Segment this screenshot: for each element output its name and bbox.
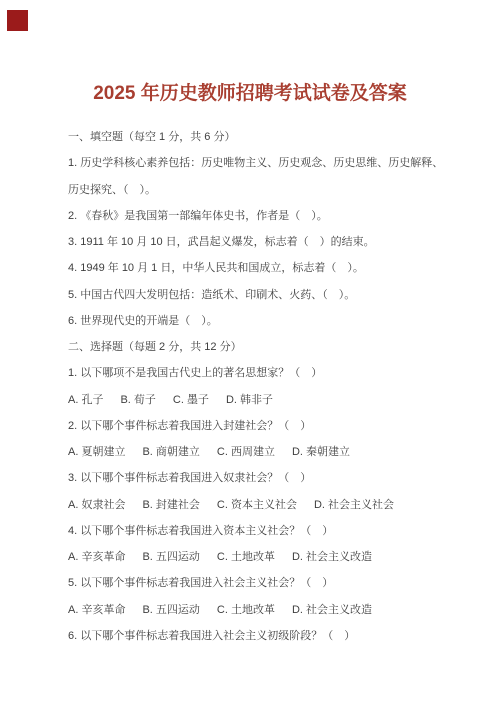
fill-blank-line: 1. 历史学科核心素养包括：历史唯物主义、历史观念、历史思维、历史解释、 [68,150,500,176]
question-line: 5. 以下哪个事件标志着我国进入社会主义社会？（ ） [68,570,500,596]
fill-blank-line: 5. 中国古代四大发明包括：造纸术、印刷术、火药、（ ）。 [68,282,500,308]
red-corner-mark [7,10,28,31]
option-label: A. 辛亥革命 [68,544,125,570]
option-label: B. 五四运动 [142,544,199,570]
option-label: D. 韩非子 [226,387,273,413]
document-title: 2025 年历史教师招聘考试试卷及答案 [0,0,500,106]
option-label: D. 秦朝建立 [292,439,350,465]
section1-heading: 一、填空题（每空 1 分，共 6 分） [68,124,500,150]
option-label: D. 社会主义社会 [314,492,394,518]
option-label: D. 社会主义改造 [292,597,372,623]
question-line: 2. 以下哪个事件标志着我国进入封建社会？（ ） [68,413,500,439]
fill-blank-line: 3. 1911 年 10 月 10 日，武昌起义爆发，标志着（ ）的结束。 [68,229,500,255]
options-row: A. 辛亥革命 B. 五四运动 C. 土地改革 D. 社会主义改造 [68,544,500,570]
option-label: A. 孔子 [68,387,103,413]
options-row: A. 夏朝建立 B. 商朝建立 C. 西周建立 D. 秦朝建立 [68,439,500,465]
options-row: A. 辛亥革命 B. 五四运动 C. 土地改革 D. 社会主义改造 [68,597,500,623]
option-label: B. 封建社会 [142,492,199,518]
option-label: B. 荀子 [120,387,155,413]
option-label: C. 资本主义社会 [217,492,297,518]
option-label: C. 土地改革 [217,544,275,570]
option-label: A. 夏朝建立 [68,439,125,465]
section2-heading: 二、选择题（每题 2 分，共 12 分） [68,334,500,360]
fill-blank-line: 2. 《春秋》是我国第一部编年体史书，作者是（ ）。 [68,203,500,229]
option-label: D. 社会主义改造 [292,544,372,570]
option-label: A. 辛亥革命 [68,597,125,623]
option-label: C. 西周建立 [217,439,275,465]
option-label: C. 墨子 [173,387,209,413]
question-line: 1. 以下哪项不是我国古代史上的著名思想家？（ ） [68,360,500,386]
option-label: C. 土地改革 [217,597,275,623]
document-page: 2025 年历史教师招聘考试试卷及答案 一、填空题（每空 1 分，共 6 分） … [0,0,500,707]
option-label: B. 商朝建立 [142,439,199,465]
exam-body: 一、填空题（每空 1 分，共 6 分） 1. 历史学科核心素养包括：历史唯物主义… [0,124,500,649]
option-label: A. 奴隶社会 [68,492,125,518]
fill-blank-line: 4. 1949 年 10 月 1 日，中华人民共和国成立，标志着（ ）。 [68,255,500,281]
question-line: 3. 以下哪个事件标志着我国进入奴隶社会？（ ） [68,465,500,491]
options-row: A. 奴隶社会 B. 封建社会 C. 资本主义社会 D. 社会主义社会 [68,492,500,518]
fill-blank-line: 6. 世界现代史的开端是（ ）。 [68,308,500,334]
question-line: 4. 以下哪个事件标志着我国进入资本主义社会？（ ） [68,518,500,544]
question-line: 6. 以下哪个事件标志着我国进入社会主义初级阶段？（ ） [68,623,500,649]
options-row: A. 孔子 B. 荀子 C. 墨子 D. 韩非子 [68,387,500,413]
fill-blank-line: 历史探究、（ ）。 [68,177,500,203]
option-label: B. 五四运动 [142,597,199,623]
